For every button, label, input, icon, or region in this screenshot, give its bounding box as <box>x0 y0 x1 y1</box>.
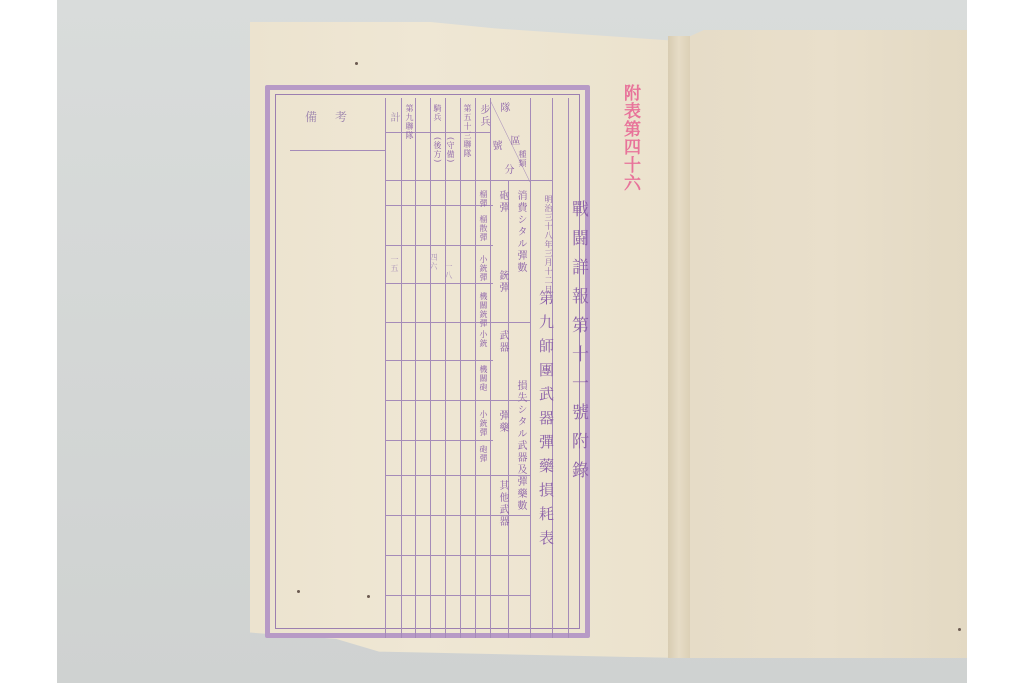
sub-row-mg: 機關砲 <box>478 365 489 392</box>
row-bullets: 銃彈 <box>495 270 510 294</box>
sub-row-rifle-ammo: 小銃彈 <box>478 410 489 437</box>
unit-9th-regiment: 第九聯隊 <box>404 104 415 140</box>
table-rule <box>385 322 530 323</box>
table-entry: 一五 <box>389 255 400 273</box>
table-rule <box>385 360 493 361</box>
table-rule <box>385 400 530 401</box>
header-corner-left: 號 <box>488 140 503 152</box>
form-inner-border <box>275 94 580 629</box>
sub-unit-guard: (守備) <box>445 137 456 163</box>
table-rule <box>385 205 493 206</box>
sub-row-shrapnel: 榴散彈 <box>478 215 489 242</box>
header-corner-bottom: 分 <box>500 164 515 176</box>
right-page <box>690 30 967 658</box>
table-entry: 一八 <box>443 262 454 280</box>
table-rule <box>385 595 530 596</box>
document-date: 明治三十八年三月十二日 <box>543 195 554 294</box>
table-rule <box>385 132 490 133</box>
document-subtitle: 第九師團武器彈藥損耗表 <box>536 290 557 554</box>
row-shells: 砲彈 <box>495 190 510 214</box>
paper-speck <box>367 595 370 598</box>
header-corner-top: 隊 <box>496 102 511 114</box>
table-rule <box>415 98 416 638</box>
paper-speck <box>355 62 358 65</box>
paper-speck <box>958 628 961 631</box>
table-rule <box>385 475 530 476</box>
sub-row-rifle-bullets: 小銃彈 <box>478 255 489 282</box>
table-rule <box>385 283 493 284</box>
table-rule <box>385 555 530 556</box>
table-rule <box>290 150 385 151</box>
sub-unit-rear: (後方) <box>432 137 443 163</box>
sub-row-mg-bullets: 機關銃彈 <box>478 292 489 328</box>
remarks-header: 備考 <box>305 108 365 125</box>
document-title: 戰闘詳報第十一號附錄 <box>566 200 591 490</box>
paper-speck <box>297 590 300 593</box>
row-ammunition: 彈藥 <box>495 410 510 434</box>
total-header: 計 <box>386 112 401 124</box>
unit-infantry: 步兵 <box>476 104 491 128</box>
row-weapons: 武器 <box>495 330 510 354</box>
appendix-stamp: 附表第四十六 <box>618 84 643 192</box>
table-rule <box>460 98 461 638</box>
unit-53rd-regiment: 第五十三聯隊 <box>462 104 473 158</box>
sub-row-rifle: 小銃 <box>478 330 489 348</box>
table-rule <box>385 245 493 246</box>
unit-cavalry: 騎兵 <box>432 104 443 122</box>
table-rule <box>430 98 431 638</box>
page-spine <box>668 36 690 658</box>
sub-row-grenade: 榴彈 <box>478 190 489 208</box>
table-rule <box>475 98 476 638</box>
table-rule <box>385 98 386 638</box>
row-group-consumed: 消費シタル彈數 <box>513 190 528 274</box>
table-entry: 四六 <box>428 253 439 271</box>
table-rule <box>385 440 493 441</box>
header-corner-right: 種類 <box>517 150 528 168</box>
table-rule <box>445 98 446 638</box>
header-corner-mid: 區 <box>506 135 521 147</box>
sub-row-shells-lost: 砲彈 <box>478 445 489 463</box>
row-group-lost: 損失シタル武器及彈藥數 <box>513 380 528 512</box>
table-rule <box>530 98 531 638</box>
table-rule <box>401 98 402 638</box>
row-other-weapons: 其他武器 <box>495 480 510 528</box>
table-rule <box>508 180 509 638</box>
